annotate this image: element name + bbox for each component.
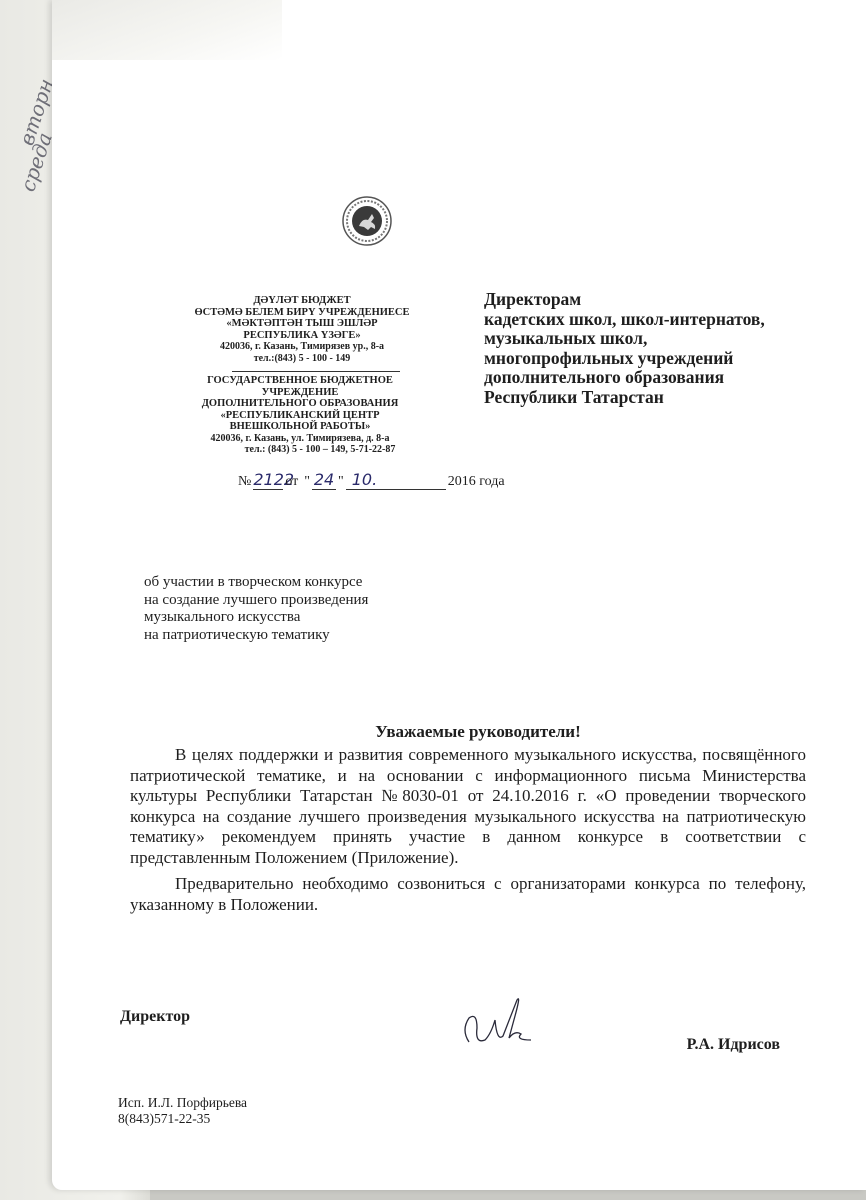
letter-body: В целях поддержки и развития современног… — [130, 745, 806, 915]
addressee-line: Директорам — [484, 290, 765, 310]
org-address: 420036, г. Казань, Тимирязев ур., 8-а — [172, 341, 432, 353]
addressee-line: многопрофильных учреждений — [484, 349, 765, 369]
subject-line: на создание лучшего произведения — [144, 592, 368, 610]
coat-of-arms-icon — [342, 196, 392, 246]
org-line: РЕСПУБЛИКА ҮЗӘГЕ» — [172, 330, 432, 342]
org-phone: тел.:(843) 5 - 100 - 149 — [172, 353, 432, 365]
addressee-line: Республики Татарстан — [484, 388, 765, 408]
org-header-tatar: ДӘҮЛӘТ БЮДЖЕТ ӨСТӘМӘ БЕЛЕМ БИРҮ УЧРЕЖДЕН… — [172, 295, 432, 364]
signatory-title: Директор — [120, 1008, 190, 1026]
addressee-line: дополнительного образования — [484, 368, 765, 388]
executor-phone: 8(843)571-22-35 — [118, 1111, 247, 1127]
salutation: Уважаемые руководители! — [0, 722, 866, 742]
registration-number: 2122 — [253, 470, 283, 490]
quote-close: " — [338, 474, 344, 490]
subject-line: музыкального искусства — [144, 609, 368, 627]
org-line: «РЕСПУБЛИКАНСКИЙ ЦЕНТР — [170, 410, 430, 422]
addressee-block: Директорам кадетских школ, школ-интернат… — [484, 290, 765, 407]
registration-month: 10. — [346, 470, 446, 490]
org-line: ГОСУДАРСТВЕННОЕ БЮДЖЕТНОЕ УЧРЕЖДЕНИЕ — [170, 375, 430, 398]
executor-block: Исп. И.Л. Порфирьева 8(843)571-22-35 — [118, 1095, 247, 1127]
registration-day: 24 — [312, 470, 336, 490]
subject-line: на патриотическую тематику — [144, 627, 368, 645]
handwritten-signature-icon — [455, 990, 545, 1060]
signature-block: Директор Р.А. Идрисов — [120, 1008, 780, 1068]
org-line: ДОПОЛНИТЕЛЬНОГО ОБРАЗОВАНИЯ — [170, 398, 430, 410]
header-divider — [232, 371, 400, 372]
org-line: ВНЕШКОЛЬНОЙ РАБОТЫ» — [170, 421, 430, 433]
letter-page: ДӘҮЛӘТ БЮДЖЕТ ӨСТӘМӘ БЕЛЕМ БИРҮ УЧРЕЖДЕН… — [52, 0, 866, 1190]
number-sign: № — [238, 474, 251, 490]
org-line: ӨСТӘМӘ БЕЛЕМ БИРҮ УЧРЕЖДЕНИЕСЕ — [172, 307, 432, 319]
org-line: ДӘҮЛӘТ БЮДЖЕТ — [172, 295, 432, 307]
registration-line: № 2122 от " 24 " 10. 2016 года — [238, 470, 505, 490]
body-paragraph: В целях поддержки и развития современног… — [130, 745, 806, 868]
org-phone: тел.: (843) 5 - 100 – 149, 5-71-22-87 — [170, 444, 430, 456]
subject-block: об участии в творческом конкурсе на созд… — [144, 574, 368, 644]
quote-open: " — [304, 474, 310, 490]
addressee-line: кадетских школ, школ-интернатов, — [484, 310, 765, 330]
org-header-russian: ГОСУДАРСТВЕННОЕ БЮДЖЕТНОЕ УЧРЕЖДЕНИЕ ДОП… — [170, 375, 430, 456]
org-address: 420036, г. Казань, ул. Тимирязева, д. 8-… — [170, 433, 430, 445]
addressee-line: музыкальных школ, — [484, 329, 765, 349]
registration-year: 2016 года — [448, 474, 505, 490]
page-fold — [52, 0, 282, 60]
body-paragraph: Предварительно необходимо созвониться с … — [130, 874, 806, 915]
from-label: от — [285, 474, 298, 490]
org-line: «МӘКТӘПТӘН ТЫШ ЭШЛӘР — [172, 318, 432, 330]
subject-line: об участии в творческом конкурсе — [144, 574, 368, 592]
executor-name: Исп. И.Л. Порфирьева — [118, 1095, 247, 1111]
signatory-name: Р.А. Идрисов — [687, 1036, 780, 1054]
